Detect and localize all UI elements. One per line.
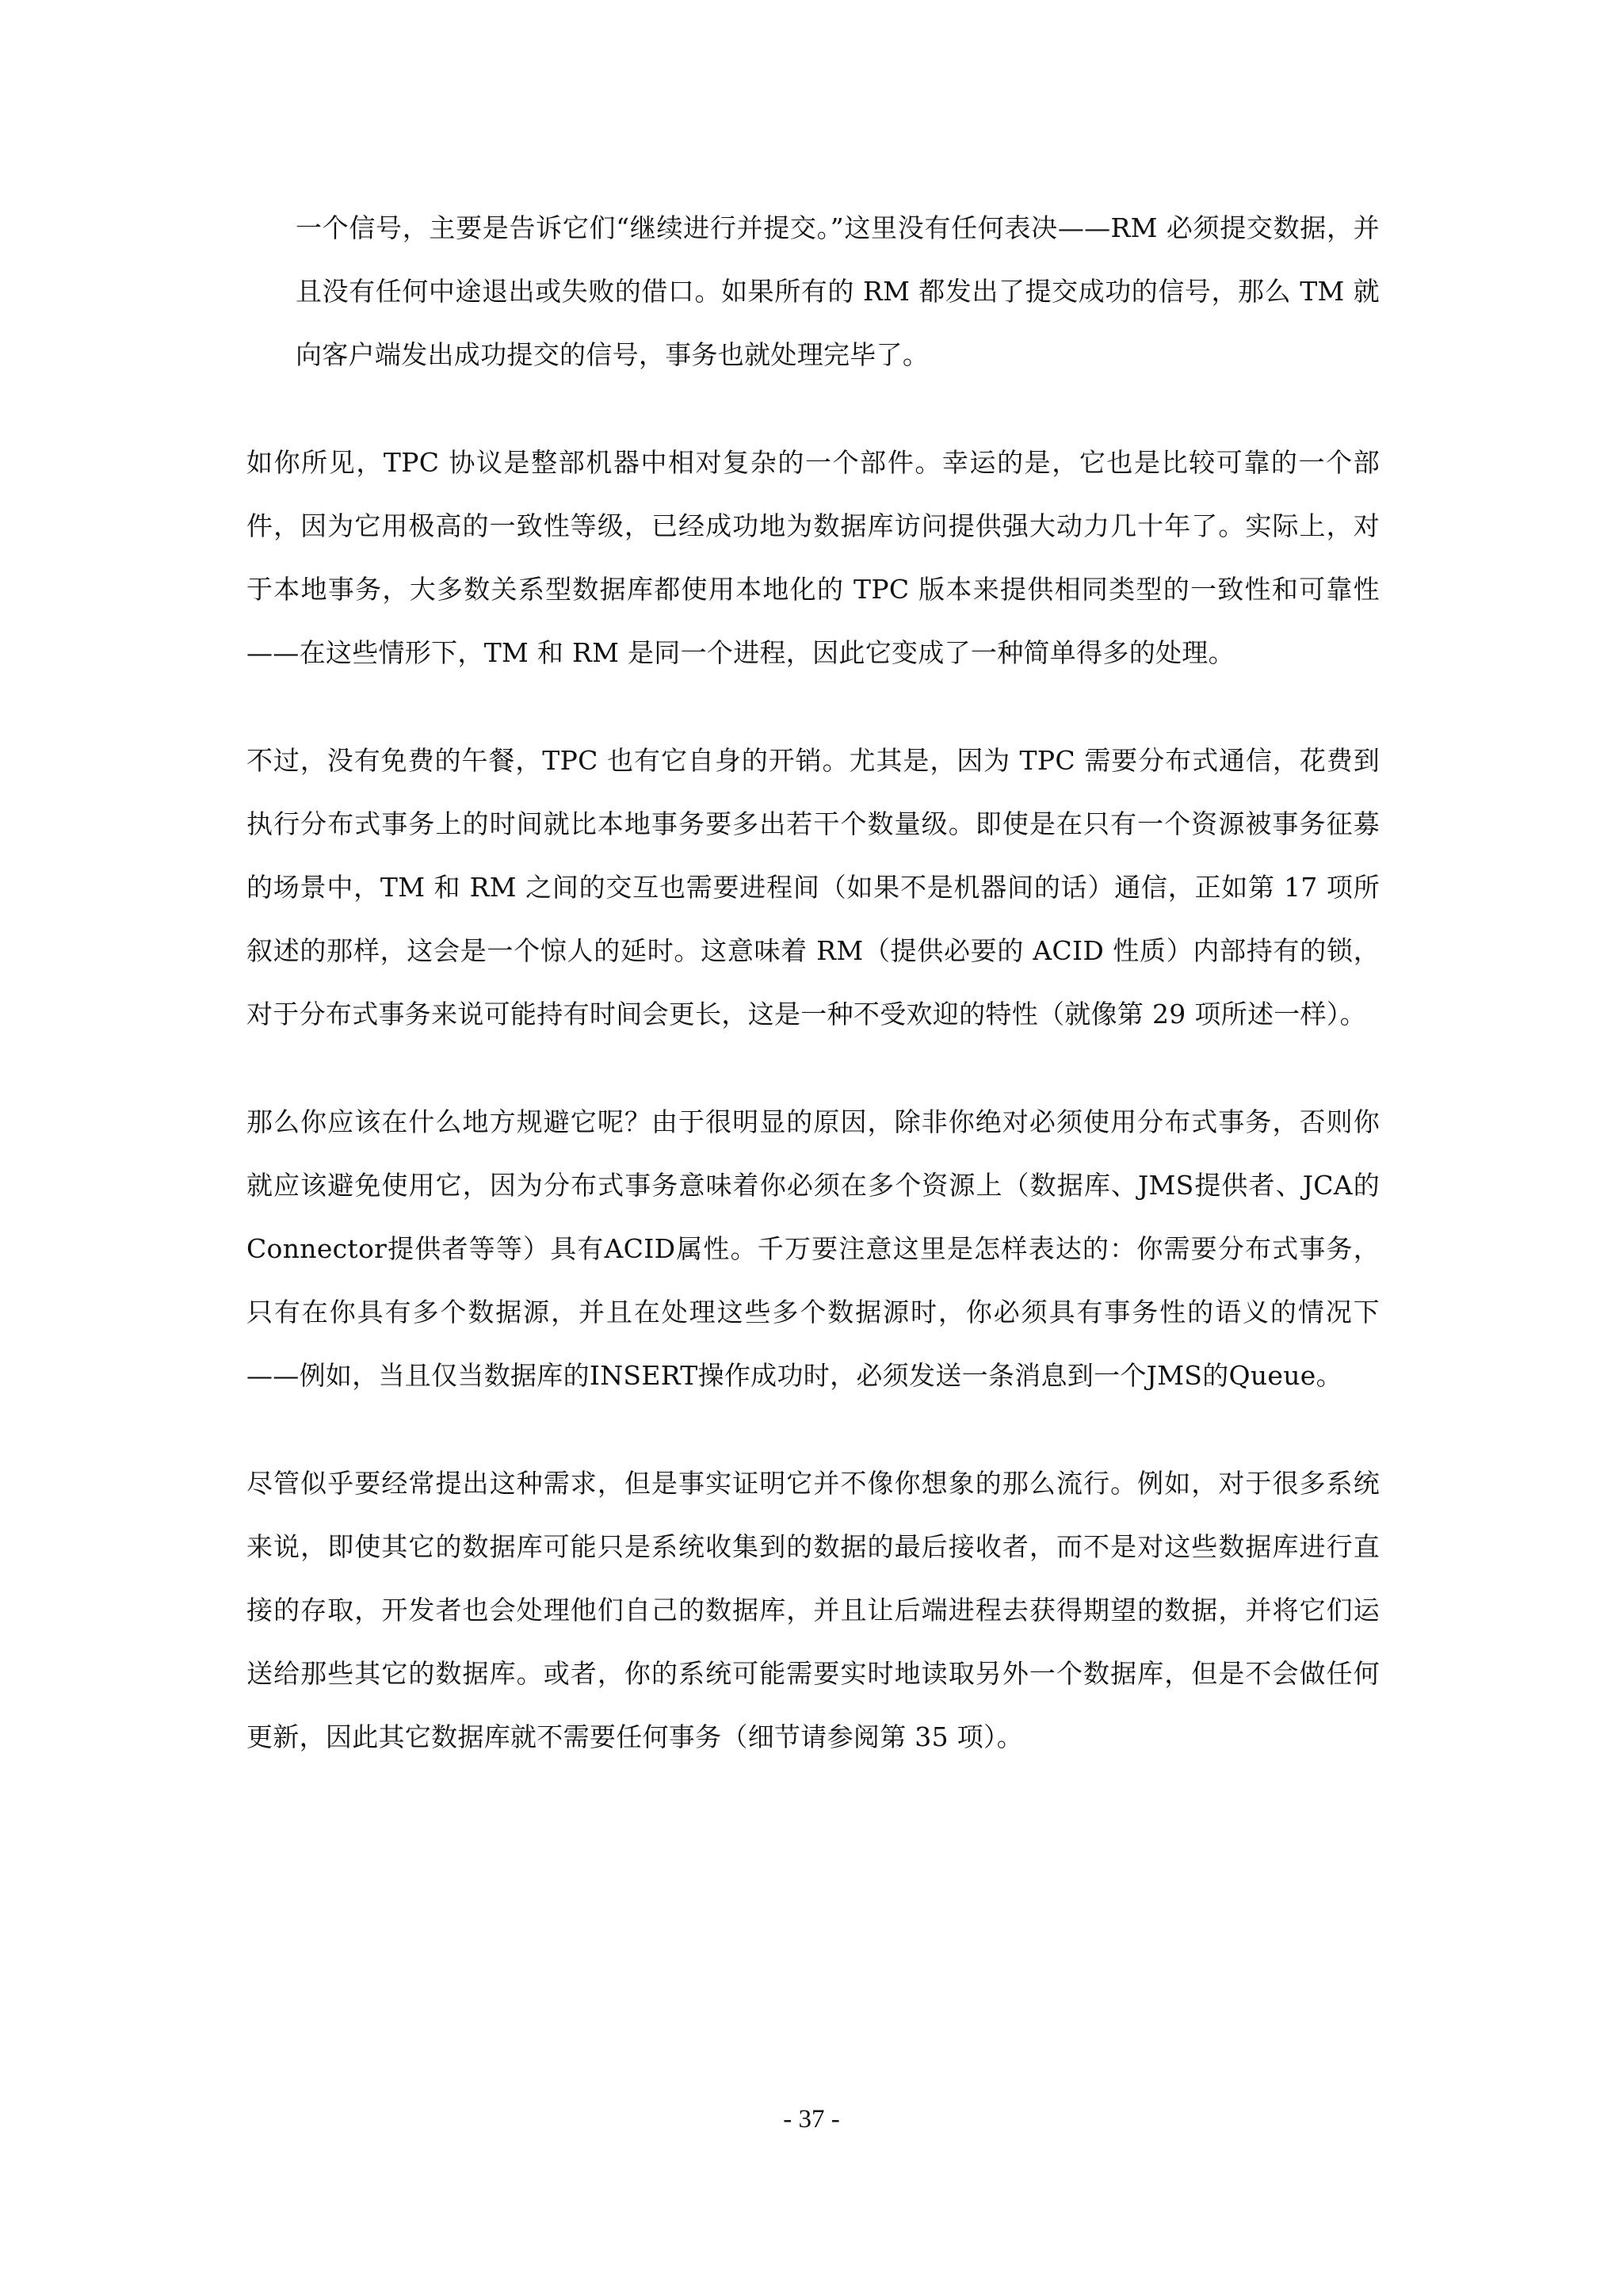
document-page: 一个信号，主要是告诉它们“继续进行并提交。”这里没有任何表决——RM 必须提交数… — [246, 197, 1380, 1769]
paragraph-commit-phase: 一个信号，主要是告诉它们“继续进行并提交。”这里没有任何表决——RM 必须提交数… — [246, 197, 1380, 387]
paragraph-gap — [246, 685, 1380, 729]
paragraph-gap — [246, 387, 1380, 431]
paragraph-gap — [246, 1046, 1380, 1091]
page-number: - 37 - — [0, 2100, 1623, 2138]
paragraph-when-to-avoid: 那么你应该在什么地方规避它呢？由于很明显的原因，除非你绝对必须使用分布式事务，否… — [246, 1091, 1380, 1408]
paragraph-gap — [246, 1408, 1380, 1452]
paragraph-tpc-overhead: 不过，没有免费的午餐，TPC 也有它自身的开销。尤其是，因为 TPC 需要分布式… — [246, 729, 1380, 1046]
paragraph-tpc-complexity: 如你所见，TPC 协议是整部机器中相对复杂的一个部件。幸运的是，它也是比较可靠的… — [246, 431, 1380, 685]
paragraph-uncommon-need: 尽管似乎要经常提出这种需求，但是事实证明它并不像你想象的那么流行。例如，对于很多… — [246, 1452, 1380, 1769]
